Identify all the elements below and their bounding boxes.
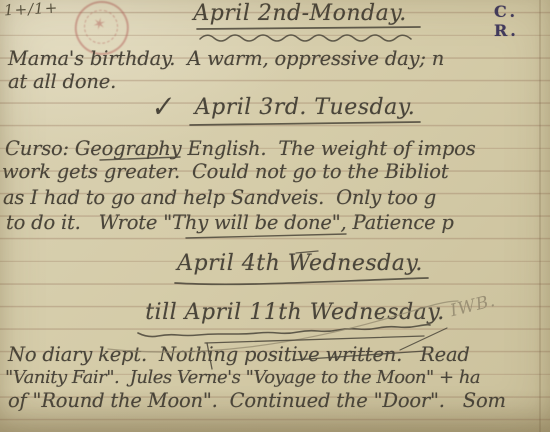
emphasis-box-top <box>205 336 424 343</box>
diary-page: ✶ 1+/1+ April 2nd-Monday. C. R. Mama's b… <box>0 0 550 432</box>
underline-april-2-straight <box>197 27 420 29</box>
diary-line: work gets greater. Could not go to the B… <box>2 160 448 183</box>
royal-monogram: C. R. <box>494 2 550 40</box>
diary-line: No diary kept. Nothing positive written.… <box>8 343 470 366</box>
diary-line: to do it. Wrote "Thy will be done", Pati… <box>6 211 454 234</box>
entry-date-header-april-11: till April 11th Wednesday. <box>135 300 455 326</box>
underline-april-4 <box>175 278 428 284</box>
underline-april-3 <box>190 122 420 125</box>
diary-line: of "Round the Moon". Continued the "Door… <box>8 389 506 412</box>
entry-date-header-april-2: April 2nd-Monday. <box>160 1 440 27</box>
underline-thy-will-be-done <box>186 234 346 238</box>
diary-line: at all done. <box>8 70 116 93</box>
underline-april-11-wavy <box>138 325 430 337</box>
corner-mark: 1+/1+ <box>4 0 59 19</box>
underline-april-2-wavy <box>200 35 411 41</box>
diary-line: as I had to go and help Sandveis. Only t… <box>3 186 436 209</box>
entry-date-header-april-3: April 3rd. Tuesday. <box>165 95 445 121</box>
diary-line: Mama's birthday. A warm, oppressive day;… <box>8 47 444 70</box>
pencil-initials: IWB. <box>448 291 498 322</box>
diary-line: Curso: Geography English. The weight of … <box>5 137 476 160</box>
entry-date-header-april-4: April 4th Wednesday. <box>150 251 450 277</box>
diary-line: "Vanity Fair". Jules Verne's "Voyage to … <box>5 366 480 389</box>
page-edge-crease <box>539 0 541 432</box>
